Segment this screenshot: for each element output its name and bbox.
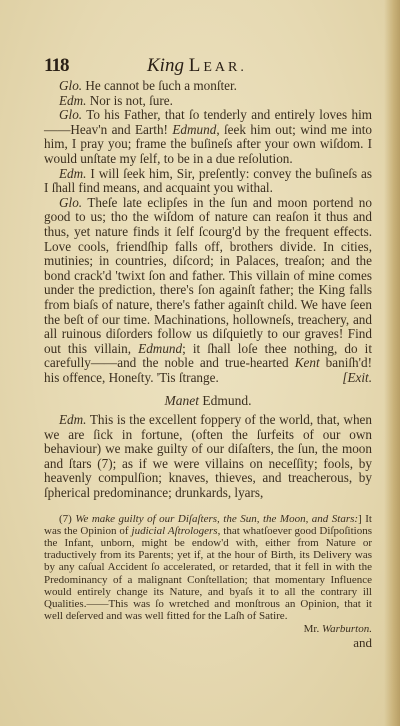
footnote-lemma: We make guilty of our Diſaſters, the Sun… <box>72 513 358 525</box>
speech-text: He cannot be ſuch a monſter. <box>82 78 237 93</box>
speaker-label: Glo. <box>59 195 82 210</box>
stage-direction-text: Edmund. <box>199 393 252 408</box>
speech-text: This is the excellent foppery of the wor… <box>44 412 372 500</box>
speaker-label: Edm. <box>59 93 86 108</box>
footnote: (7) We make guilty of our Diſaſters, the… <box>44 513 372 637</box>
play-text: Glo. He cannot be ſuch a monſter. Edm. N… <box>44 79 372 501</box>
attribution-name: Warburton. <box>322 623 372 635</box>
speech-gloucester-1: Glo. He cannot be ſuch a monſter. <box>44 79 372 94</box>
running-title: King LEAR. <box>147 55 247 77</box>
speech-edmund-1: Edm. Nor is not, ſure. <box>44 94 372 109</box>
footnote-attribution: Mr. Warburton. <box>44 623 372 636</box>
running-header: 118 King LEAR. <box>44 55 372 77</box>
name-edmund: Edmund <box>172 122 216 137</box>
running-title-initial: L <box>189 55 204 76</box>
stage-direction-exit: [Exit. <box>342 371 372 386</box>
speech-text: Theſe late eclipſes in the ſun and moon … <box>44 195 372 356</box>
page-edge-shadow <box>384 0 400 726</box>
running-title-rest: EAR. <box>203 60 247 75</box>
footnote-marker: (7) <box>59 513 72 525</box>
name-kent: Kent <box>295 355 320 370</box>
speaker-label: Edm. <box>59 166 86 181</box>
speech-gloucester-3: Glo. Theſe late eclipſes in the ſun and … <box>44 196 372 386</box>
speech-edmund-3: Edm. This is the excellent foppery of th… <box>44 413 372 501</box>
book-page: 118 King LEAR. Glo. He cannot be ſuch a … <box>44 55 372 650</box>
name-edmund: Edmund <box>138 341 182 356</box>
footnote-italic-term: judicial Aſtrologers <box>132 525 218 537</box>
running-title-italic: King <box>147 55 184 76</box>
speaker-label: Glo. <box>59 78 82 93</box>
attribution-title: Mr. <box>304 623 322 635</box>
stage-direction-manet: Manet Edmund. <box>44 394 372 409</box>
speaker-label: Glo. <box>59 107 82 122</box>
speech-gloucester-2: Glo. To his Father, that ſo tenderly and… <box>44 108 372 166</box>
running-title-caps: LEAR. <box>189 55 247 76</box>
speech-edmund-2: Edm. I will ſeek him, Sir, preſently: co… <box>44 167 372 196</box>
footnote-text: , that whatſoever good Diſpoſitions the … <box>44 525 372 622</box>
stage-direction-italic: Manet <box>165 393 200 408</box>
speech-text: Nor is not, ſure. <box>86 93 172 108</box>
speech-text: I will ſeek him, Sir, preſently: convey … <box>44 166 372 196</box>
footnote-7: (7) We make guilty of our Diſaſters, the… <box>44 513 372 623</box>
page-number: 118 <box>44 55 68 77</box>
catchword: and <box>44 636 372 650</box>
speaker-label: Edm. <box>59 412 86 427</box>
